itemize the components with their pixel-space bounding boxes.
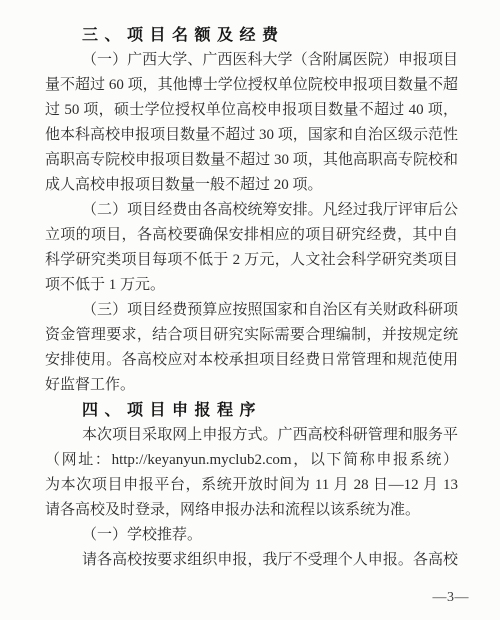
section-heading-4: 四、项目申报程序 <box>45 398 458 423</box>
doc-line doc-line-url: （网址：http://keyanyun.myclub2.com，以下简称申报系统… <box>45 448 458 473</box>
doc-line: 量不超过 60 项，其他博士学位授权单位院校申报项目数量不超 <box>45 73 458 98</box>
doc-line: 过 50 项，硕士学位授权单位高校申报项目数量不超过 40 项，其 <box>45 98 458 123</box>
doc-line: （一）广西大学、广西医科大学（含附属医院）申报项目数 <box>45 48 458 73</box>
doc-line: （一）学校推荐。 <box>45 523 458 548</box>
doc-line: 为本次项目申报平台，系统开放时间为 11 月 28 日—12 月 13 日。 <box>45 473 458 498</box>
doc-line: 立项的项目，各高校要确保安排相应的项目研究经费，其中自然 <box>45 223 458 248</box>
document-text: 三、项目名额及经费 （一）广西大学、广西医科大学（含附属医院）申报项目数 量不超… <box>45 23 458 573</box>
doc-line: 高职高专院校申报项目数量不超过 30 项，其他高职高专院校和 <box>45 148 458 173</box>
document-page: 三、项目名额及经费 （一）广西大学、广西医科大学（含附属医院）申报项目数 量不超… <box>0 0 500 620</box>
doc-line: 成人高校申报项目数量一般不超过 20 项。 <box>45 173 458 198</box>
doc-line: 好监督工作。 <box>45 373 458 398</box>
doc-line: 科学研究类项目每项不低于 2 万元，人文社会科学研究类项目每 <box>45 248 458 273</box>
doc-line: 资金管理要求，结合项目研究实际需要合理编制，并按规定统筹 <box>45 323 458 348</box>
doc-line: 请各高校及时登录，网络申报办法和流程以该系统为准。 <box>45 498 458 523</box>
doc-line: 他本科高校申报项目数量不超过 30 项，国家和自治区级示范性 <box>45 123 458 148</box>
page-number: —3— <box>433 588 470 608</box>
doc-line: 安排使用。各高校应对本校承担项目经费日常管理和规范使用做 <box>45 348 458 373</box>
section-heading-3: 三、项目名额及经费 <box>45 23 458 48</box>
doc-line: 本次项目采取网上申报方式。广西高校科研管理和服务平台 <box>45 423 458 448</box>
doc-line: 项不低于 1 万元。 <box>45 273 458 298</box>
doc-line: 请各高校按要求组织申报，我厅不受理个人申报。各高校须 <box>45 548 458 573</box>
doc-line: （三）项目经费预算应按照国家和自治区有关财政科研项目 <box>45 298 458 323</box>
doc-line: （二）项目经费由各高校统筹安排。凡经过我厅评审后公布 <box>45 198 458 223</box>
